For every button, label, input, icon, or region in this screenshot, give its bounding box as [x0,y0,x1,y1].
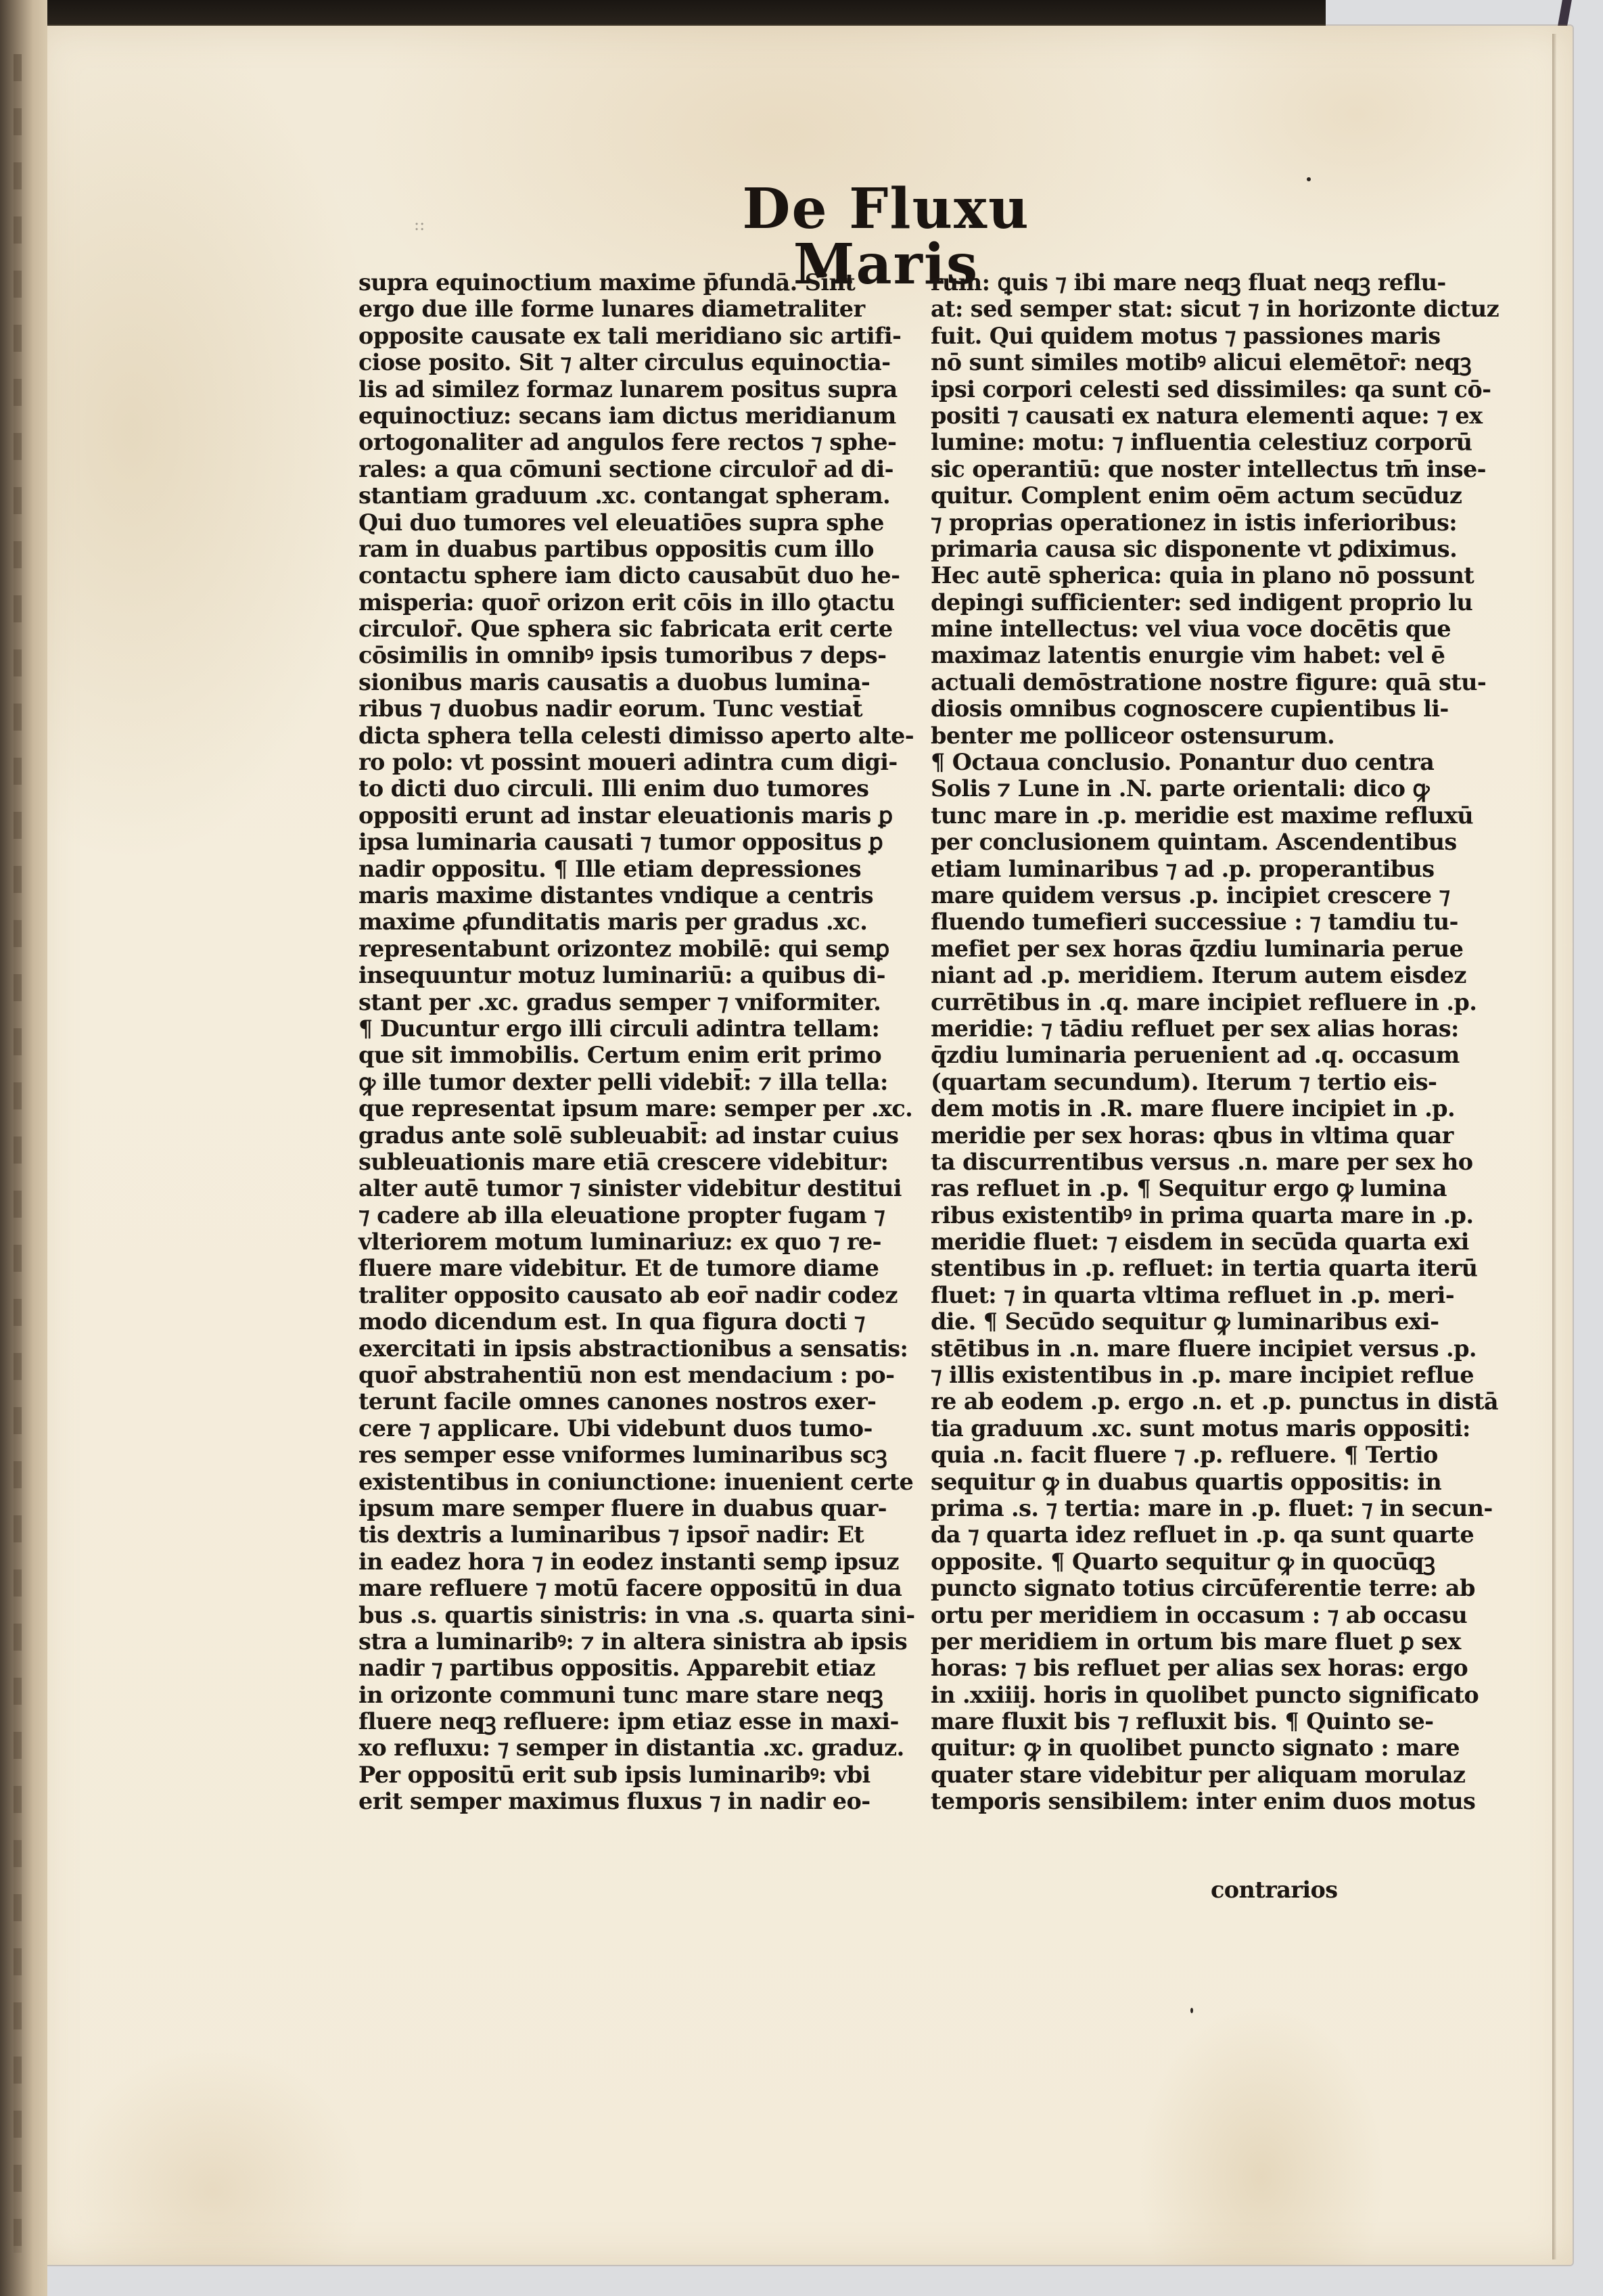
text-line: sic operantiū: que noster intellectus tm… [931,456,1404,482]
text-line: quitur. Complent enim oēm actum secūduz [931,482,1404,509]
text-line: ꝙ ille tumor dexter pelli videbit̄: ⁊ il… [358,1069,832,1095]
text-line: ⁊ proprias operationez in istis inferior… [931,509,1404,536]
text-line: ¶ Octaua conclusio. Ponantur duo centra [931,749,1404,775]
text-line: temporis sensibilem: inter enim duos mot… [931,1788,1404,1814]
text-line: (quartam secundum). Iterum ⁊ tertio eis- [931,1069,1404,1095]
text-line: ⁊ illis existentibus in .p. mare incipie… [931,1362,1404,1388]
text-line: lumine: motu: ⁊ influentia celestiuz cor… [931,429,1404,455]
text-line: nadir oppositu. ¶ Ille etiam depressione… [358,856,832,882]
text-line: quor̄ abstrahentiū non est mendacium : p… [358,1362,832,1388]
text-line: to dicti duo circuli. Illi enim duo tumo… [358,775,832,802]
text-line: contactu sphere iam dicto causabūt duo h… [358,562,832,589]
text-line: meridie fluet: ⁊ eisdem in secūda quarta… [931,1229,1404,1255]
text-line: per conclusionem quintam. Ascendentibus [931,829,1404,855]
text-line: currētibus in .q. mare incipiet refluere… [931,989,1404,1015]
text-line: mefiet per sex horas q̄zdiu luminaria pe… [931,936,1404,962]
text-line: cōsimilis in omnibꝰ ipsis tumoribus ⁊ de… [358,642,832,668]
text-line: res semper esse vniformes luminaribus sc… [358,1442,832,1468]
text-line: quitur: ꝙ in quolibet puncto signato : m… [931,1735,1404,1761]
text-line: cere ⁊ applicare. Ubi videbunt duos tumo… [358,1415,832,1442]
text-line: bus .s. quartis sinistris: in vna .s. qu… [358,1602,832,1628]
text-line: depingi sufficienter: sed indigent propr… [931,589,1404,616]
text-line: alter autē tumor ⁊ sinister videbitur de… [358,1175,832,1201]
text-line: nadir ⁊ partibus oppositis. Apparebit et… [358,1655,832,1681]
text-line: Qui duo tumores vel eleuatiōes supra sph… [358,509,832,536]
text-line: ortu per meridiem in occasum : ⁊ ab occa… [931,1602,1404,1628]
text-line: insequuntur motuz luminariū: a quibus di… [358,962,832,988]
text-line: ergo due ille forme lunares diametralite… [358,296,832,322]
text-line: xo refluxu: ⁊ semper in distantia .xc. g… [358,1735,832,1761]
text-line: ram in duabus partibus oppositis cum ill… [358,536,832,562]
text-line: puncto signato totius circūferentie terr… [931,1575,1404,1601]
text-line: mare refluere ⁊ motū facere oppositū in … [358,1575,832,1601]
catchword: contrarios [1211,1877,1338,1903]
text-line: vlteriorem motum luminariuz: ex quo ⁊ re… [358,1229,832,1255]
text-line: in eadez hora ⁊ in eodez instanti semꝑ i… [358,1548,832,1575]
text-line: sequitur ꝙ in duabus quartis oppositis: … [931,1469,1404,1495]
text-line: erit semper maximus fluxus ⁊ in nadir eo… [358,1788,832,1814]
margin-mark: :: [414,215,425,234]
text-line: oppositi erunt ad instar eleuationis mar… [358,802,832,829]
text-line: supra equinoctium maxime p̄fundā. Sint [358,269,832,296]
text-line: at: sed semper stat: sicut ⁊ in horizont… [931,296,1404,322]
text-line: etiam luminaribus ⁊ ad .p. properantibus [931,856,1404,882]
text-line: fluere mare videbitur. Et de tumore diam… [358,1255,832,1281]
text-line: ¶ Ducuntur ergo illi circuli adintra tel… [358,1015,832,1042]
text-line: meridie per sex horas: qbus in vltima qu… [931,1122,1404,1149]
text-line: actuali demōstratione nostre figure: quā… [931,669,1404,695]
text-line: sionibus maris causatis a duobus lumina- [358,669,832,695]
text-column-right: rum: ꝗuis ⁊ ibi mare neqꝫ fluat neqꝫ ref… [931,269,1404,1815]
text-line: opposite. ¶ Quarto sequitur ꝙ in quocūqꝫ [931,1548,1404,1575]
text-line: dem motis in .R. mare fluere incipiet in… [931,1095,1404,1122]
text-line: que representat ipsum mare: semper per .… [358,1095,832,1122]
ink-speck [1190,2008,1193,2013]
text-line: Per oppositū erit sub ipsis luminaribꝰ: … [358,1762,832,1788]
text-line: terunt facile omnes canones nostros exer… [358,1388,832,1415]
ink-speck [1307,177,1311,181]
text-column-left: supra equinoctium maxime p̄fundā. Sinter… [358,269,832,1815]
text-line: stant per .xc. gradus semper ⁊ vniformit… [358,989,832,1015]
text-line: stantiam graduum .xc. contangat spheram. [358,482,832,509]
text-line: ribus existentibꝰ in prima quarta mare i… [931,1202,1404,1229]
text-line: horas: ⁊ bis refluet per alias sex horas… [931,1655,1404,1681]
text-line: ⁊ cadere ab illa eleuatione propter fuga… [358,1202,832,1229]
text-line: maxime ꝓfunditatis maris per gradus .xc. [358,909,832,935]
text-line: traliter opposito causato ab eor̄ nadir … [358,1282,832,1308]
text-line: positi ⁊ causati ex natura elementi aque… [931,403,1404,429]
text-line: fluendo tumefieri successiue : ⁊ tamdiu … [931,909,1404,935]
text-line: maris maxime distantes vndique a centris [358,882,832,909]
text-line: stra a luminaribꝰ: ⁊ in altera sinistra … [358,1628,832,1655]
text-line: ro polo: vt possint moueri adintra cum d… [358,749,832,775]
text-line: opposite causate ex tali meridiano sic a… [358,323,832,349]
text-line: exercitati in ipsis abstractionibus a se… [358,1335,832,1362]
text-line: die. ¶ Secūdo sequitur ꝙ luminaribus exi… [931,1308,1404,1335]
text-line: misperia: quor̄ orizon erit cōis in illo… [358,589,832,616]
text-line: existentibus in coniunctione: inuenient … [358,1469,832,1495]
text-line: Hec autē spherica: quia in plano nō poss… [931,562,1404,589]
text-line: quater stare videbitur per aliquam morul… [931,1762,1404,1788]
text-line: per meridiem in ortum bis mare fluet ꝑ s… [931,1628,1404,1655]
page-edge [1552,34,1556,2259]
text-line: primaria causa sic disponente vt ꝑdiximu… [931,536,1404,562]
text-line: rales: a qua cōmuni sectione circulor̄ a… [358,456,832,482]
text-line: ipsa luminaria causati ⁊ tumor oppositus… [358,829,832,855]
book-spine-gutter [0,0,47,2296]
text-line: re ab eodem .p. ergo .n. et .p. punctus … [931,1388,1404,1415]
text-line: ras refluet in .p. ¶ Sequitur ergo ꝙ lum… [931,1175,1404,1201]
text-line: ribus ⁊ duobus nadir eorum. Tunc vestiat… [358,695,832,722]
text-line: Solis ⁊ Lune in .N. parte orientali: dic… [931,775,1404,802]
text-line: que sit immobilis. Certum enim erit prim… [358,1042,832,1068]
text-line: ta discurrentibus versus .n. mare per se… [931,1149,1404,1175]
text-line: prima .s. ⁊ tertia: mare in .p. fluet: ⁊… [931,1495,1404,1521]
text-line: q̄zdiu luminaria peruenient ad .q. occas… [931,1042,1404,1068]
text-line: tunc mare in .p. meridie est maxime refl… [931,802,1404,829]
text-line: gradus ante solē subleuabit̄: ad instar … [358,1122,832,1149]
text-line: stētibus in .n. mare fluere incipiet ver… [931,1335,1404,1362]
text-line: tis dextris a luminaribus ⁊ ipsor̄ nadir… [358,1521,832,1548]
text-line: fluere neqꝫ refluere: ipm etiaz esse in … [358,1708,832,1735]
text-line: fluet: ⁊ in quarta vltima refluet in .p.… [931,1282,1404,1308]
text-line: benter me polliceor ostensurum. [931,722,1404,749]
text-line: ciose posito. Sit ⁊ alter circulus equin… [358,349,832,375]
text-line: quia .n. facit fluere ⁊ .p. refluere. ¶ … [931,1442,1404,1468]
text-line: meridie: ⁊ tādiu refluet per sex alias h… [931,1015,1404,1042]
book-scan: :: De Fluxu Maris supra equinoctium maxi… [0,0,1603,2296]
text-line: tia graduum .xc. sunt motus maris opposi… [931,1415,1404,1442]
text-line: nō sunt similes motibꝰ alicui elemētor̄:… [931,349,1404,375]
text-line: ipsi corpori celesti sed dissimiles: qa … [931,376,1404,403]
text-line: representabunt orizontez mobilē: qui sem… [358,936,832,962]
text-line: niant ad .p. meridiem. Iterum autem eisd… [931,962,1404,988]
text-line: mare fluxit bis ⁊ refluxit bis. ¶ Quinto… [931,1708,1404,1735]
text-line: fuit. Qui quidem motus ⁊ passiones maris [931,323,1404,349]
text-line: dicta sphera tella celesti dimisso apert… [358,722,832,749]
text-line: subleuationis mare etiā crescere videbit… [358,1149,832,1175]
text-line: mine intellectus: vel viua voce docētis … [931,616,1404,642]
text-line: ortogonaliter ad angulos fere rectos ⁊ s… [358,429,832,455]
text-line: mare quidem versus .p. incipiet crescere… [931,882,1404,909]
text-line: circulor̄. Que sphera sic fabricata erit… [358,616,832,642]
text-line: in orizonte communi tunc mare stare neqꝫ [358,1682,832,1708]
text-line: equinoctiuz: secans iam dictus meridianu… [358,403,832,429]
text-line: maximaz latentis enurgie vim habet: vel … [931,642,1404,668]
text-line: diosis omnibus cognoscere cupientibus li… [931,695,1404,722]
text-line: ipsum mare semper fluere in duabus quar- [358,1495,832,1521]
text-line: da ⁊ quarta idez refluet in .p. qa sunt … [931,1521,1404,1548]
text-line: lis ad similez formaz lunarem positus su… [358,376,832,403]
text-line: stentibus in .p. refluet: in tertia quar… [931,1255,1404,1281]
text-line: rum: ꝗuis ⁊ ibi mare neqꝫ fluat neqꝫ ref… [931,269,1404,296]
text-line: modo dicendum est. In qua figura docti ⁊ [358,1308,832,1335]
text-line: in .xxiiij. horis in quolibet puncto sig… [931,1682,1404,1708]
